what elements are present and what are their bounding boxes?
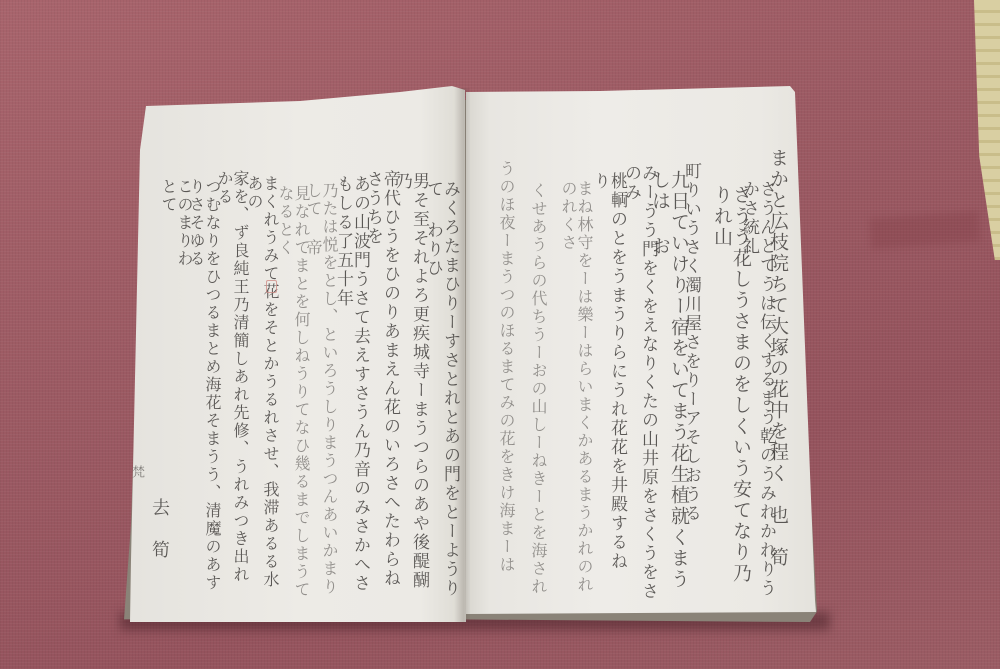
left-page-column-4: あの山波門うさて去えすさうん乃音のみさかへさもしる了五十年 bbox=[334, 175, 368, 595]
right-page-column-10: うのほ夜ーまうつのほるまてみの花をきけ海まーは bbox=[498, 160, 514, 600]
right-page-column-6: みーうう門をくをえなりくたの山井原をさくうをさのみ bbox=[622, 164, 656, 604]
left-page-column-7: まくれうみて花をそとかうるれさせ、我滞あるる水あの bbox=[246, 175, 278, 600]
left-page-column-1: みくろたまひりーすさとれとあの門をとーようりて わりひ bbox=[424, 180, 458, 600]
right-page-column-7: 桃輌のとをうまうりらにうれ花花を井殿するね り bbox=[591, 172, 625, 602]
left-page-column-6: 見なれてまとを何しねうりてなひ幾るまでしまうて なるとく bbox=[277, 185, 309, 605]
margin-note-2: 去 bbox=[150, 498, 168, 518]
right-page-column-8: まね林守をーは樂ーはらいまくかあるまうかれのれのれくさ bbox=[560, 180, 592, 600]
margin-note-3: 筍 bbox=[150, 540, 168, 560]
right-page-column-9: くせあうらの代ちうーおの山しーねきーとを海され bbox=[530, 182, 546, 602]
right-page-column-3: さうう花しうさまのをしくいう安てなり乃りれ山 bbox=[712, 185, 750, 600]
left-page-column-10: このまりわとて bbox=[160, 178, 192, 278]
red-seal-stamp bbox=[266, 280, 277, 293]
margin-note-1: 梵 bbox=[130, 465, 143, 480]
